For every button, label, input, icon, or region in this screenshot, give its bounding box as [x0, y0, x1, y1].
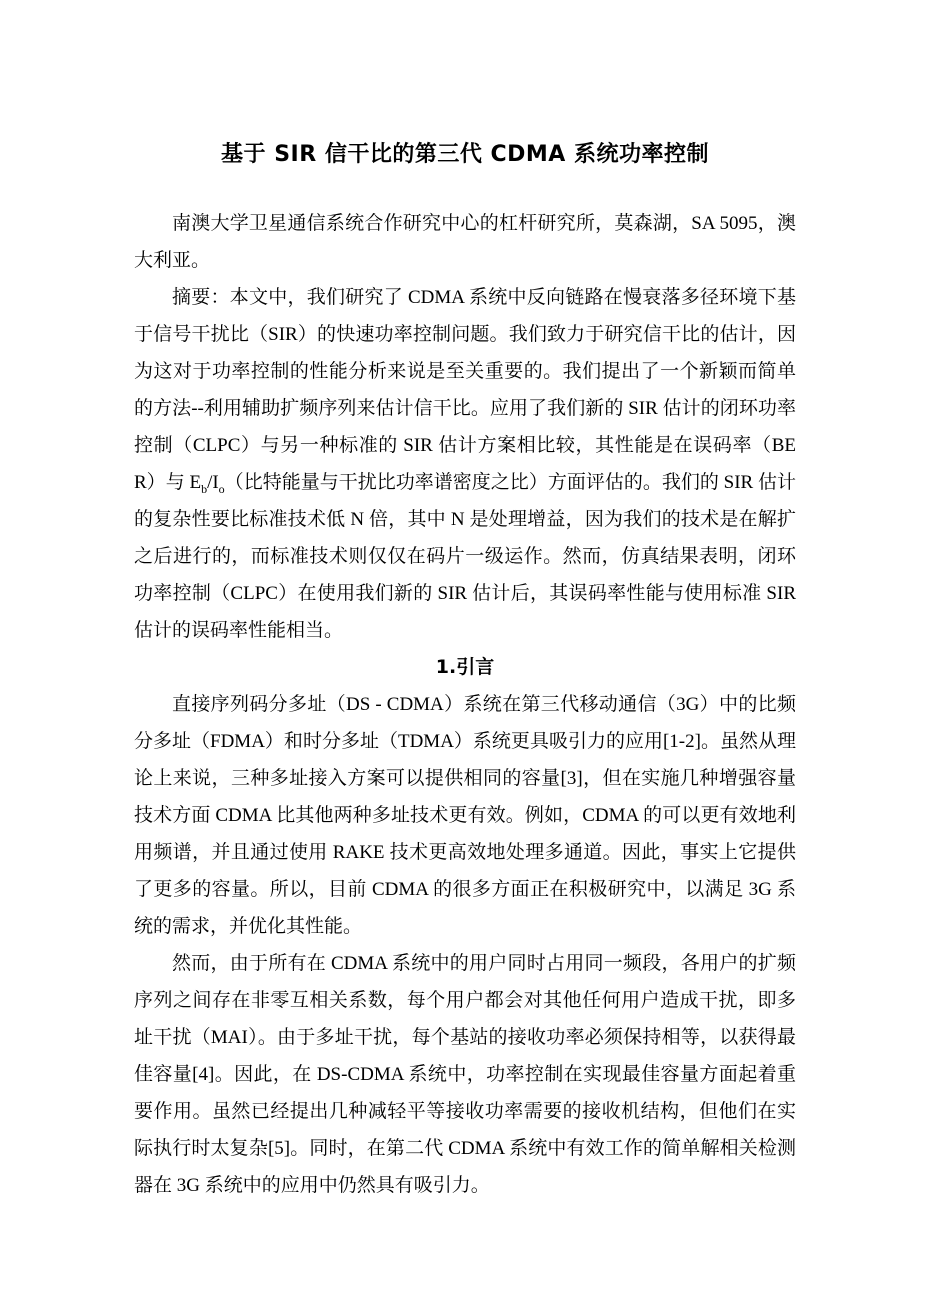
affiliation-paragraph: 南澳大学卫星通信系统合作研究中心的杠杆研究所，莫森湖，SA 5095，澳大利亚。 — [134, 205, 796, 279]
intro-paragraph-1: 直接序列码分多址（DS - CDMA）系统在第三代移动通信（3G）中的比频分多址… — [134, 686, 796, 945]
paper-title: 基于 SIR 信干比的第三代 CDMA 系统功率控制 — [134, 138, 796, 172]
abstract-paragraph: 摘要：本文中，我们研究了 CDMA 系统中反向链路在慢衰落多径环境下基于信号干扰… — [134, 279, 796, 649]
intro-paragraph-2: 然而，由于所有在 CDMA 系统中的用户同时占用同一频段，各用户的扩频序列之间存… — [134, 945, 796, 1204]
document-page: 基于 SIR 信干比的第三代 CDMA 系统功率控制 南澳大学卫星通信系统合作研… — [0, 0, 925, 1309]
section-heading-introduction: 1.引言 — [134, 649, 796, 686]
